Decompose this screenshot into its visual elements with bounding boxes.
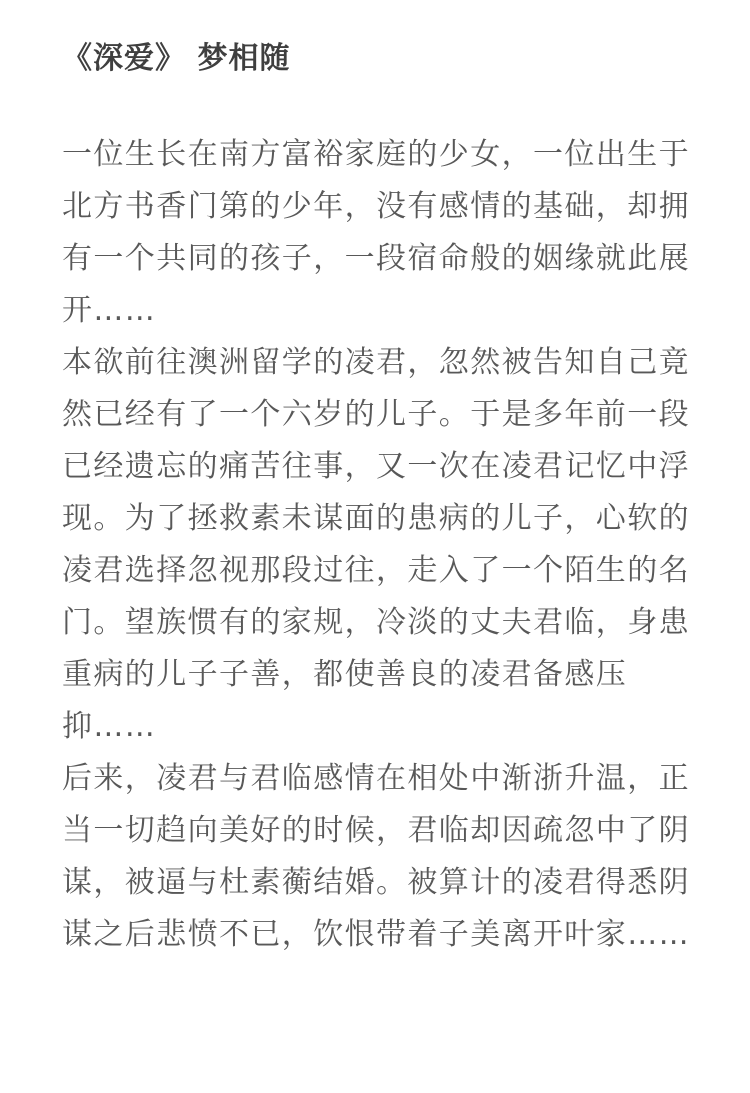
synopsis-body: 一位生长在南方富裕家庭的少女，一位出生于北方书香门第的少年，没有感情的基础，却拥…: [62, 129, 692, 961]
text-line: 现。为了拯救素未谋面的患病的儿子，心软的: [62, 493, 692, 545]
text-line: 谋，被逼与杜素蘅结婚。被算计的凌君得悉阴: [62, 857, 692, 909]
text-line: 谋之后悲愤不已，饮恨带着子美离开叶家……: [62, 909, 692, 961]
paragraph: 一位生长在南方富裕家庭的少女，一位出生于北方书香门第的少年，没有感情的基础，却拥…: [62, 129, 692, 337]
text-line: 一位生长在南方富裕家庭的少女，一位出生于: [62, 129, 692, 181]
text-line: 重病的儿子子善，都使善良的凌君备感压: [62, 649, 692, 701]
paragraph: 后来，凌君与君临感情在相处中渐浙升温，正当一切趋向美好的时候，君临却因疏忽中了阴…: [62, 753, 692, 961]
text-line: 北方书香门第的少年，没有感情的基础，却拥: [62, 181, 692, 233]
text-line: 凌君选择忽视那段过往，走入了一个陌生的名: [62, 545, 692, 597]
text-line: 本欲前往澳洲留学的凌君，忽然被告知自己竟: [62, 337, 692, 389]
text-line: 已经遗忘的痛苦往事，又一次在凌君记忆中浮: [62, 441, 692, 493]
text-line: 有一个共同的孩子，一段宿命般的姻缘就此展: [62, 233, 692, 285]
book-title: 《深爱》 梦相随: [62, 42, 692, 76]
paragraph: 本欲前往澳洲留学的凌君，忽然被告知自己竟然已经有了一个六岁的儿子。于是多年前一段…: [62, 337, 692, 753]
text-line: 当一切趋向美好的时候，君临却因疏忽中了阴: [62, 805, 692, 857]
text-line: 后来，凌君与君临感情在相处中渐浙升温，正: [62, 753, 692, 805]
text-line: 抑……: [62, 701, 692, 753]
text-line: 然已经有了一个六岁的儿子。于是多年前一段: [62, 389, 692, 441]
document-page: 《深爱》 梦相随 一位生长在南方富裕家庭的少女，一位出生于北方书香门第的少年，没…: [0, 0, 750, 1093]
text-line: 开……: [62, 285, 692, 337]
text-line: 门。望族惯有的家规，冷淡的丈夫君临，身患: [62, 597, 692, 649]
